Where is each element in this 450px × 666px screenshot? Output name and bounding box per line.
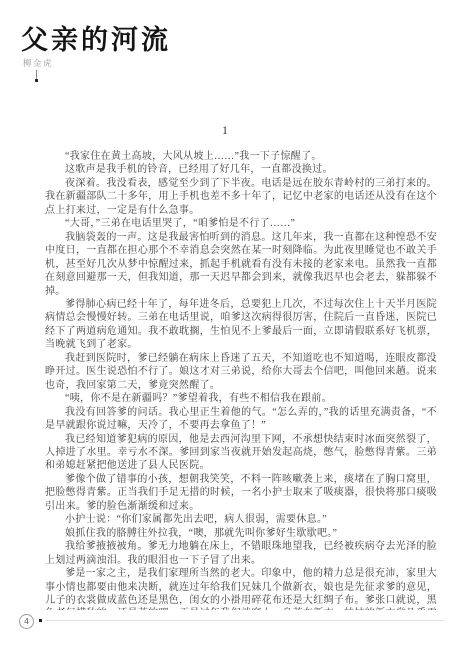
paragraph: 爹像个做了错事的小孩，想朝我笑笑，不料一阵咳嗽袭上来，痰堵在了胸口窝里，把脸憋得… [45, 473, 437, 513]
paragraph: 我没有回答爹的问话。我心里正生着他的气。“怎么弄的，”我的话里充满责备，“不是早… [45, 406, 437, 433]
paragraph: “咦，你不是在新疆吗？”爹望着我，有些不相信我在跟前。 [45, 392, 437, 405]
paragraph: “大哥，”三弟在电话里哭了，“咱爹怕是不行了……” [45, 217, 437, 230]
paragraph: 我赶到医院时，爹已经躺在病床上昏迷了五天，不知道吃也不知道喝，连眼皮都没睁开过。… [45, 352, 437, 392]
page-number-badge: 4 [19, 614, 34, 629]
body-paragraphs: “我家住在黄土高坡，大风从坡上……”我一下子惊醒了。这歌声是我手机的铃音，已经用… [45, 150, 437, 610]
paragraph: 爹是一家之主，是我们家理所当然的老大。印象中，他的精力总是很充沛，家里大事小情也… [45, 567, 437, 610]
paragraph: 爹得肺心病已经十年了，每年进冬后，总要犯上几次，不过每次住上十天半月医院病情总会… [45, 298, 437, 352]
author-name: 柳金虎 [23, 57, 53, 69]
paragraph: 我脑袋轰的一声。这是我最害怕听到的消息。这几年来，我一直都在这种惶恐不安中度日，… [45, 231, 437, 298]
footer-dot [39, 619, 42, 622]
footer-rule [45, 620, 445, 621]
paragraph: 小护士说：“你们家属都先出去吧，病人很弱，需要休息。” [45, 513, 437, 526]
document-page: 父亲的河流 柳金虎 1 “我家住在黄土高坡，大风从坡上……”我一下子惊醒了。这歌… [0, 0, 450, 666]
ornament-tip [35, 79, 38, 82]
paragraph: 我已经知道爹犯病的原因，他是去西河沟里下网，不承想快结束时冰面突然裂了，人掉进了… [45, 433, 437, 473]
paragraph: 这歌声是我手机的铃音，已经用了好几年，一直都没换过。 [45, 163, 437, 176]
page-title: 父亲的河流 [21, 18, 171, 57]
paragraph: 娘抓住我的胳膊往外拉我，“噢，那就先叫你爹好生歇歇吧。” [45, 527, 437, 540]
ornament-stem [36, 70, 37, 79]
section-number: 1 [0, 125, 450, 137]
author-ornament-mark [34, 70, 39, 83]
paragraph: 我给爹掖掖被角。爹无力地躺在床上，不错眼珠地望我，已经被疾病夺去光泽的脸上划过两… [45, 540, 437, 567]
paragraph: “我家住在黄土高坡，大风从坡上……”我一下子惊醒了。 [45, 150, 437, 163]
paragraph: 夜深着。我没看表，感觉至少到了下半夜。电话是远在胶东青岭村的三弟打来的。我在新疆… [45, 177, 437, 217]
